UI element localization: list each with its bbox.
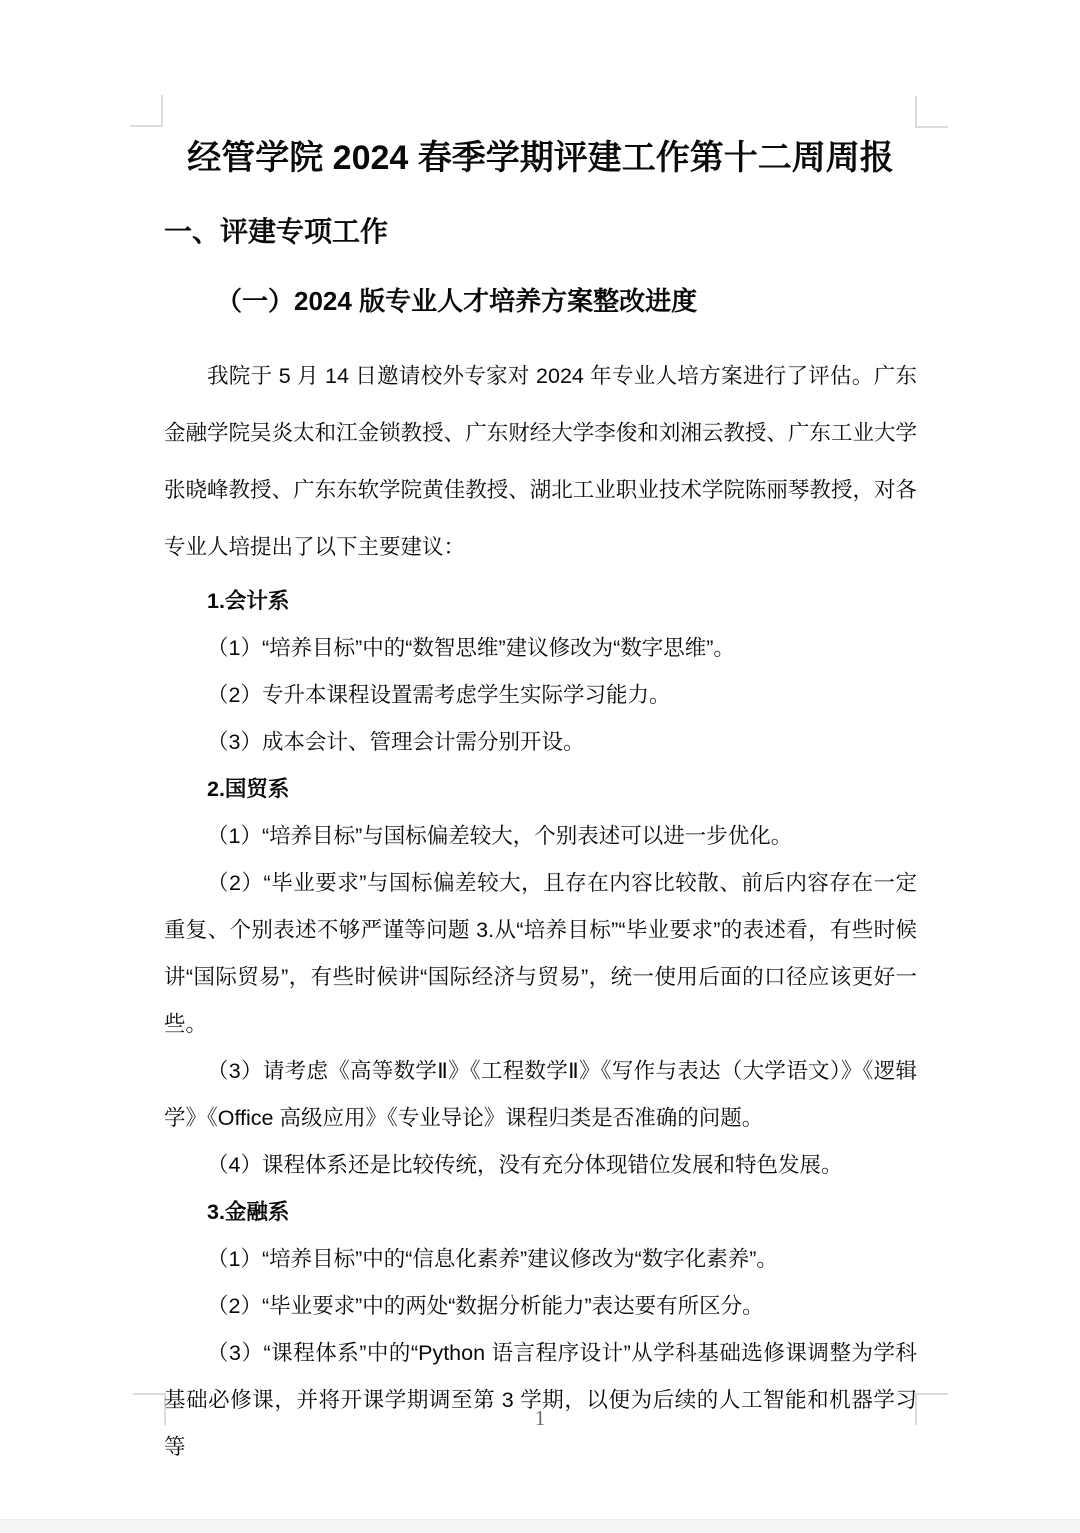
dept-item: （1）“培养目标”中的“信息化素养”建议修改为“数字化素养”。 xyxy=(164,1236,917,1283)
dept-heading-accounting: 1.会计系 xyxy=(164,578,917,625)
page-number: 1 xyxy=(0,1406,1080,1431)
dept-item: （3）“课程体系”中的“Python 语言程序设计”从学科基础选修课调整为学科基… xyxy=(164,1330,917,1471)
dept-item: （3）请考虑《高等数学Ⅱ》《工程数学Ⅱ》《写作与表达（大学语文）》《逻辑学》《O… xyxy=(164,1048,917,1142)
dept-item: （4）课程体系还是比较传统，没有充分体现错位发展和特色发展。 xyxy=(164,1142,917,1189)
dept-item: （1）“培养目标”中的“数智思维”建议修改为“数字思维”。 xyxy=(164,625,917,672)
suggestions-list: 1.会计系 （1）“培养目标”中的“数智思维”建议修改为“数字思维”。 （2）专… xyxy=(164,578,917,1471)
page-content: 经管学院 2024 春季学期评建工作第十二周周报 一、评建专项工作 （一）202… xyxy=(164,118,917,1471)
section-heading: 一、评建专项工作 xyxy=(164,212,917,252)
dept-item: （1）“培养目标”与国标偏差较大，个别表述可以进一步优化。 xyxy=(164,813,917,860)
page-title: 经管学院 2024 春季学期评建工作第十二周周报 xyxy=(164,132,917,184)
document-page: 经管学院 2024 春季学期评建工作第十二周周报 一、评建专项工作 （一）202… xyxy=(0,0,1080,1533)
dept-heading-international-trade: 2.国贸系 xyxy=(164,766,917,813)
dept-item: （3）成本会计、管理会计需分别开设。 xyxy=(164,719,917,766)
dept-item: （2）“毕业要求”中的两处“数据分析能力”表达要有所区分。 xyxy=(164,1283,917,1330)
dept-item: （2）专升本课程设置需考虑学生实际学习能力。 xyxy=(164,672,917,719)
page-bottom-edge xyxy=(0,1519,1080,1533)
crop-mark-top-left-icon xyxy=(130,95,163,127)
dept-item: （2）“毕业要求”与国标偏差较大，且存在内容比较散、前后内容存在一定重复、个别表… xyxy=(164,860,917,1048)
dept-heading-finance: 3.金融系 xyxy=(164,1189,917,1236)
subsection-heading: （一）2024 版专业人才培养方案整改进度 xyxy=(164,282,917,320)
intro-paragraph: 我院于 5 月 14 日邀请校外专家对 2024 年专业人培方案进行了评估。广东… xyxy=(164,348,917,576)
crop-mark-top-right-icon xyxy=(915,96,948,128)
